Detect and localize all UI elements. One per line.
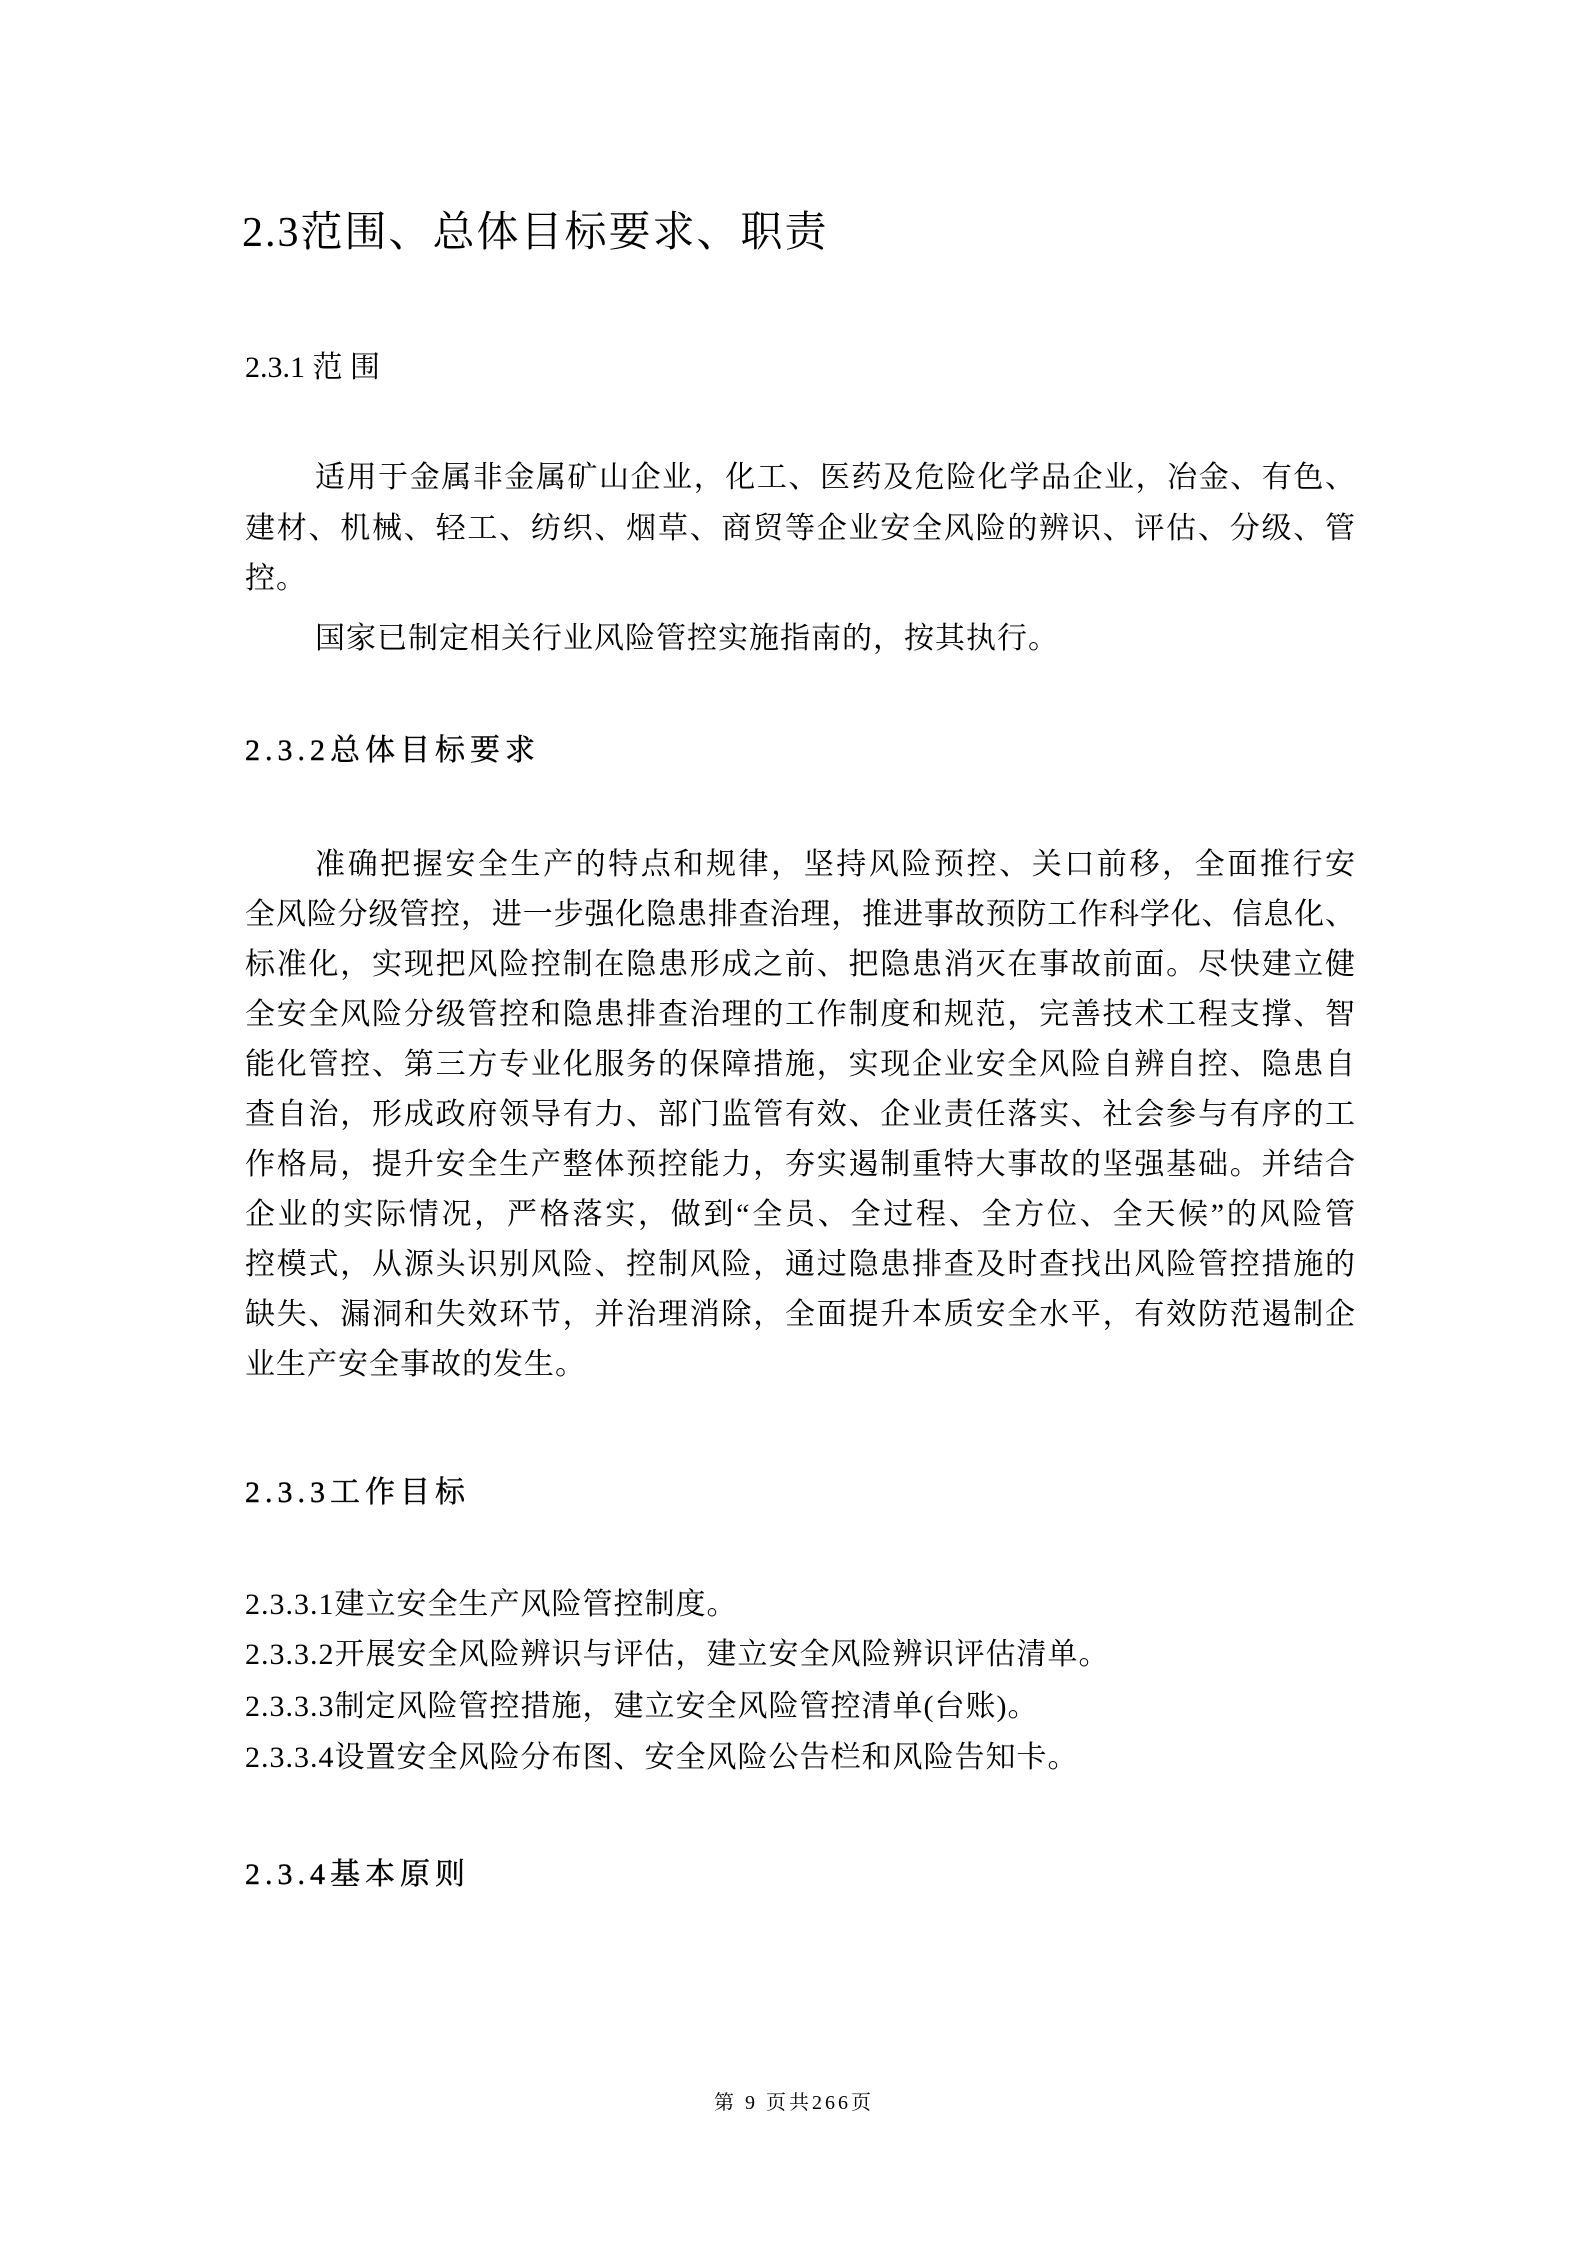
paragraph-line: 准确把握安全生产的特点和规律，坚持风险预控、关口前移，全面推行安 [245,840,1355,890]
list-item: 2.3.3.1建立安全生产风险管控制度。 [245,1580,1355,1630]
list-item: 2.3.3.3制定风险管控措施，建立安全风险管控清单(台账)。 [245,1682,1355,1732]
page-title: 2.3范围、总体目标要求、职责 [242,203,829,263]
total-pages-number: 266 [812,2092,851,2114]
page-footer: 第 9 页共266页 [0,2088,1588,2118]
paragraph-line: 建材、机械、轻工、纺织、烟草、商贸等企业安全风险的辨识、评估、分级、管 [245,504,1355,554]
paragraph-line: 全风险分级管控，进一步强化隐患排查治理，推进事故预防工作科学化、信息化、 [245,890,1355,940]
footer-suffix: 页 [851,2092,874,2114]
current-page-number: 9 [745,2092,758,2114]
paragraph-line: 国家已制定相关行业风险管控实施指南的，按其执行。 [245,614,1355,664]
paragraph-line: 业生产安全事故的发生。 [245,1340,1355,1390]
section-heading-2-3-1: 2.3.1 范 围 [245,343,380,393]
footer-prefix: 第 [714,2092,745,2114]
paragraph-line: 标准化，实现把风险控制在隐患形成之前、把隐患消灭在事故前面。尽快建立健 [245,940,1355,990]
paragraph-line: 控。 [245,554,1355,604]
paragraph-line: 查自治，形成政府领导有力、部门监管有效、企业责任落实、社会参与有序的工 [245,1090,1355,1140]
section-heading-2-3-3: 2.3.3工作目标 [245,1468,470,1518]
list-item: 2.3.3.4设置安全风险分布图、安全风险公告栏和风险告知卡。 [245,1733,1355,1783]
document-page: 2.3范围、总体目标要求、职责 2.3.1 范 围 适用于金属非金属矿山企业，化… [0,0,1588,2245]
paragraph-line: 适用于金属非金属矿山企业，化工、医药及危险化学品企业，冶金、有色、 [245,453,1355,503]
paragraph-line: 缺失、漏洞和失效环节，并治理消除，全面提升本质安全水平，有效防范遏制企 [245,1290,1355,1340]
footer-middle: 页共 [758,2092,812,2114]
paragraph-line: 全安全风险分级管控和隐患排查治理的工作制度和规范，完善技术工程支撑、智 [245,990,1355,1040]
section-heading-2-3-4: 2.3.4基本原则 [245,1850,470,1900]
paragraph-line: 企业的实际情况，严格落实，做到“全员、全过程、全方位、全天候”的风险管 [245,1190,1355,1240]
paragraph-line: 控模式，从源头识别风险、控制风险，通过隐患排查及时查找出风险管控措施的 [245,1240,1355,1290]
list-item: 2.3.3.2开展安全风险辨识与评估，建立安全风险辨识评估清单。 [245,1630,1355,1680]
section-heading-2-3-2: 2.3.2总体目标要求 [245,726,540,776]
paragraph-line: 能化管控、第三方专业化服务的保障措施，实现企业安全风险自辨自控、隐患自 [245,1040,1355,1090]
paragraph-line: 作格局，提升安全生产整体预控能力，夯实遏制重特大事故的坚强基础。并结合 [245,1140,1355,1190]
